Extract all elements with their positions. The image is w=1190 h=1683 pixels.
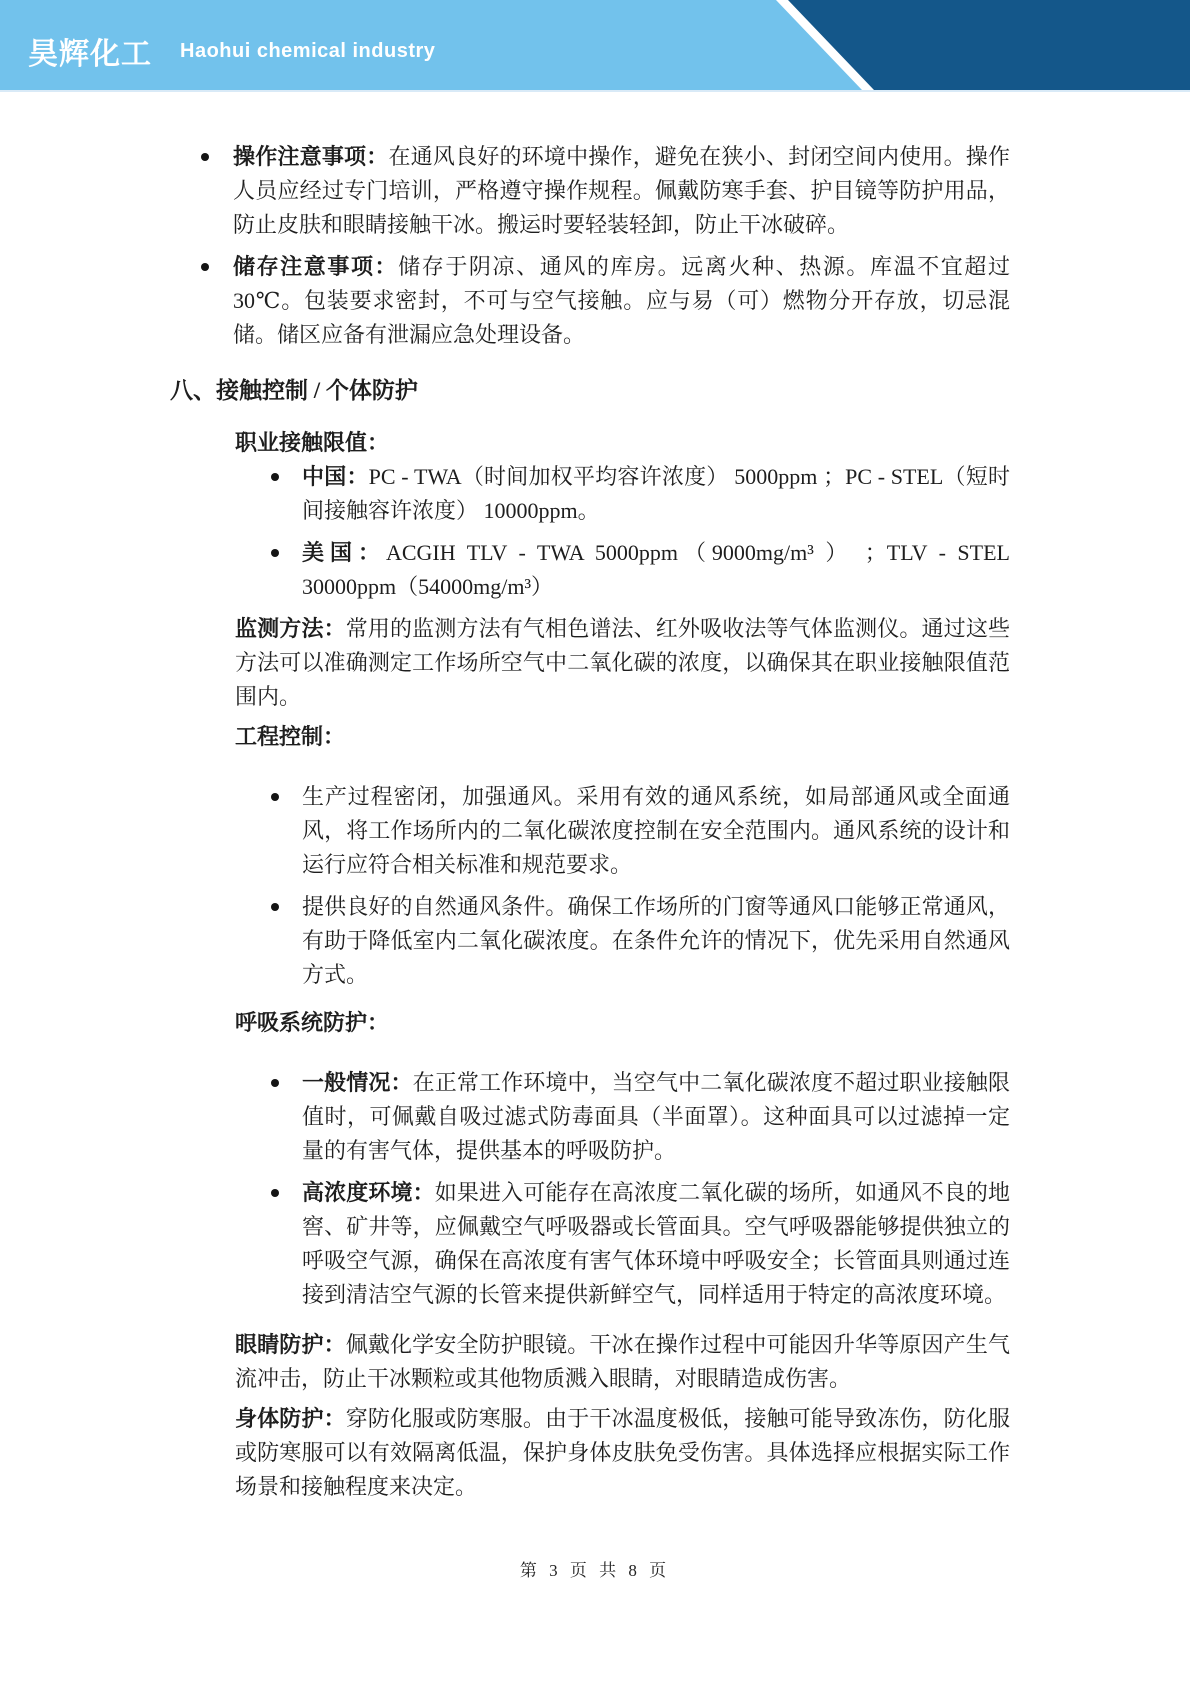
bullet-icon <box>271 793 279 801</box>
paragraph-label: 眼睛防护： <box>235 1332 346 1357</box>
subsection-heading-engineering: 工程控制： <box>235 720 1010 754</box>
logo-chinese: 昊辉化工 <box>28 29 152 73</box>
list-item: 操作注意事项：在通风良好的环境中操作，避免在狭小、封闭空间内使用。操作人员应经过… <box>170 140 1010 242</box>
header-bottom-edge <box>0 90 1190 92</box>
document-page: 昊辉化工 Haohui chemical industry 操作注意事项：在通风… <box>0 0 1190 1683</box>
bullet-icon <box>271 473 279 481</box>
list-item: 高浓度环境：如果进入可能存在高浓度二氧化碳的场所，如通风不良的地窖、矿井等，应佩… <box>235 1176 1010 1312</box>
item-label: 储存注意事项： <box>233 254 398 279</box>
list-item-text: 储存注意事项：储存于阴凉、通风的库房。远离火种、热源。库温不宜超过 30℃。包装… <box>233 250 1010 352</box>
list-item-text: 操作注意事项：在通风良好的环境中操作，避免在狭小、封闭空间内使用。操作人员应经过… <box>233 140 1010 242</box>
section-content: 职业接触限值： 中国：PC - TWA（时间加权平均容许浓度） 5000ppm … <box>235 426 1010 1504</box>
list-item: 生产过程密闭，加强通风。采用有效的通风系统，如局部通风或全面通风，将工作场所内的… <box>235 780 1010 882</box>
bullet-icon <box>201 153 209 161</box>
precautions-list: 操作注意事项：在通风良好的环境中操作，避免在狭小、封闭空间内使用。操作人员应经过… <box>170 140 1010 352</box>
bullet-icon <box>271 1189 279 1197</box>
bullet-icon <box>201 263 209 271</box>
list-item: 储存注意事项：储存于阴凉、通风的库房。远离火种、热源。库温不宜超过 30℃。包装… <box>170 250 1010 352</box>
logo-english: Haohui chemical industry <box>180 40 435 63</box>
bullet-icon <box>271 903 279 911</box>
list-item: 美国：ACGIH TLV - TWA 5000ppm（9000mg/m³ ） ；… <box>235 536 1010 604</box>
list-item: 一般情况：在正常工作环境中，当空气中二氧化碳浓度不超过职业接触限值时，可佩戴自吸… <box>235 1066 1010 1168</box>
item-label: 高浓度环境： <box>302 1180 435 1205</box>
page-footer: 第 3 页 共 8 页 <box>0 1558 1190 1584</box>
list-item-text: 高浓度环境：如果进入可能存在高浓度二氧化碳的场所，如通风不良的地窖、矿井等，应佩… <box>302 1176 1010 1312</box>
item-label: 操作注意事项： <box>233 144 388 169</box>
paragraph-eye-protection: 眼睛防护：佩戴化学安全防护眼镜。干冰在操作过程中可能因升华等原因产生气流冲击，防… <box>235 1328 1010 1396</box>
paragraph-body-protection: 身体防护：穿防化服或防寒服。由于干冰温度极低，接触可能导致冻伤，防化服或防寒服可… <box>235 1402 1010 1504</box>
list-item-text: 中国：PC - TWA（时间加权平均容许浓度） 5000ppm ；PC - ST… <box>302 460 1010 528</box>
list-item-text: 提供良好的自然通风条件。确保工作场所的门窗等通风口能够正常通风，有助于降低室内二… <box>302 890 1010 992</box>
paragraph-label: 监测方法： <box>235 616 346 641</box>
page-header: 昊辉化工 Haohui chemical industry <box>0 0 1190 90</box>
item-label: 中国： <box>302 464 369 489</box>
item-body: PC - TWA（时间加权平均容许浓度） 5000ppm ；PC - STEL（… <box>302 464 1010 523</box>
subsection-heading-respiratory: 呼吸系统防护： <box>235 1006 1010 1040</box>
paragraph-body: 常用的监测方法有气相色谱法、红外吸收法等气体监测仪。通过这些方法可以准确测定工作… <box>235 616 1010 709</box>
logo-group: 昊辉化工 Haohui chemical industry <box>28 0 435 90</box>
list-item-text: 一般情况：在正常工作环境中，当空气中二氧化碳浓度不超过职业接触限值时，可佩戴自吸… <box>302 1066 1010 1168</box>
paragraph-monitoring: 监测方法：常用的监测方法有气相色谱法、红外吸收法等气体监测仪。通过这些方法可以准… <box>235 612 1010 714</box>
item-label: 一般情况： <box>302 1070 413 1095</box>
bullet-icon <box>271 549 279 557</box>
paragraph-label: 身体防护： <box>235 1406 346 1431</box>
oel-list: 中国：PC - TWA（时间加权平均容许浓度） 5000ppm ；PC - ST… <box>235 460 1010 604</box>
list-item-text: 美国：ACGIH TLV - TWA 5000ppm（9000mg/m³ ） ；… <box>302 536 1010 604</box>
paragraph-body: 穿防化服或防寒服。由于干冰温度极低，接触可能导致冻伤，防化服或防寒服可以有效隔离… <box>235 1406 1010 1499</box>
bullet-icon <box>271 1079 279 1087</box>
item-body: ACGIH TLV - TWA 5000ppm（9000mg/m³ ） ；TLV… <box>302 540 1010 599</box>
list-item: 中国：PC - TWA（时间加权平均容许浓度） 5000ppm ；PC - ST… <box>235 460 1010 528</box>
section-title: 八、接触控制 / 个体防护 <box>170 374 1010 408</box>
document-body: 操作注意事项：在通风良好的环境中操作，避免在狭小、封闭空间内使用。操作人员应经过… <box>170 90 1010 1504</box>
engineering-list: 生产过程密闭，加强通风。采用有效的通风系统，如局部通风或全面通风，将工作场所内的… <box>235 780 1010 992</box>
paragraph-body: 佩戴化学安全防护眼镜。干冰在操作过程中可能因升华等原因产生气流冲击，防止干冰颗粒… <box>235 1332 1010 1391</box>
subsection-heading-oel: 职业接触限值： <box>235 426 1010 460</box>
respiratory-list: 一般情况：在正常工作环境中，当空气中二氧化碳浓度不超过职业接触限值时，可佩戴自吸… <box>235 1066 1010 1312</box>
item-label: 美国： <box>302 540 386 565</box>
list-item-text: 生产过程密闭，加强通风。采用有效的通风系统，如局部通风或全面通风，将工作场所内的… <box>302 780 1010 882</box>
list-item: 提供良好的自然通风条件。确保工作场所的门窗等通风口能够正常通风，有助于降低室内二… <box>235 890 1010 992</box>
